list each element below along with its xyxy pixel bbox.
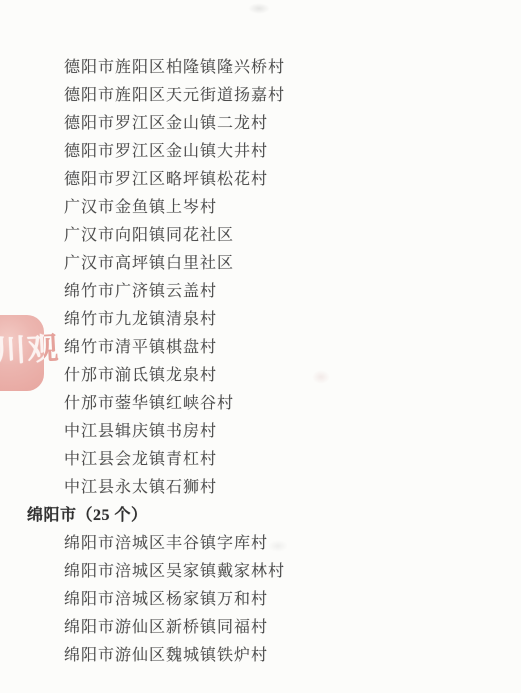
village-list-item: 德阳市罗江区金山镇大井村 [0,138,521,166]
village-list-item: 中江县会龙镇青杠村 [0,446,521,474]
scan-smudge [248,3,270,14]
village-list-item: 绵阳市涪城区杨家镇万和村 [0,586,521,614]
village-list-item: 绵竹市九龙镇清泉村 [0,306,521,334]
village-list-item: 绵阳市游仙区魏城镇铁炉村 [0,642,521,670]
village-list-item: 德阳市罗江区金山镇二龙村 [0,110,521,138]
village-list-item: 绵竹市清平镇棋盘村 [0,334,521,362]
village-list-item: 德阳市旌阳区天元街道扬嘉村 [0,82,521,110]
village-list-item: 广汉市向阳镇同花社区 [0,222,521,250]
scanned-document-page: 川观 川观 德阳市旌阳区柏隆镇隆兴桥村 德阳市旌阳区天元街道扬嘉村 德阳市罗江区… [0,0,521,693]
village-list-item: 德阳市旌阳区柏隆镇隆兴桥村 [0,54,521,82]
village-list-item: 绵阳市涪城区丰谷镇字库村 [0,530,521,558]
village-list-item: 中江县永太镇石狮村 [0,474,521,502]
village-list-item: 广汉市高坪镇白里社区 [0,250,521,278]
city-section-heading: 绵阳市（25 个） [0,502,521,530]
village-list-item: 绵竹市广济镇云盖村 [0,278,521,306]
village-list-item: 德阳市罗江区略坪镇松花村 [0,166,521,194]
village-list-item: 中江县辑庆镇书房村 [0,418,521,446]
village-list-item: 绵阳市涪城区吴家镇戴家林村 [0,558,521,586]
village-list-item: 广汉市金鱼镇上岑村 [0,194,521,222]
village-list-item: 绵阳市游仙区新桥镇同福村 [0,614,521,642]
village-list-item: 什邡市蓥华镇红峡谷村 [0,390,521,418]
village-list-item: 什邡市湔氐镇龙泉村 [0,362,521,390]
village-list: 德阳市旌阳区柏隆镇隆兴桥村 德阳市旌阳区天元街道扬嘉村 德阳市罗江区金山镇二龙村… [0,54,521,670]
